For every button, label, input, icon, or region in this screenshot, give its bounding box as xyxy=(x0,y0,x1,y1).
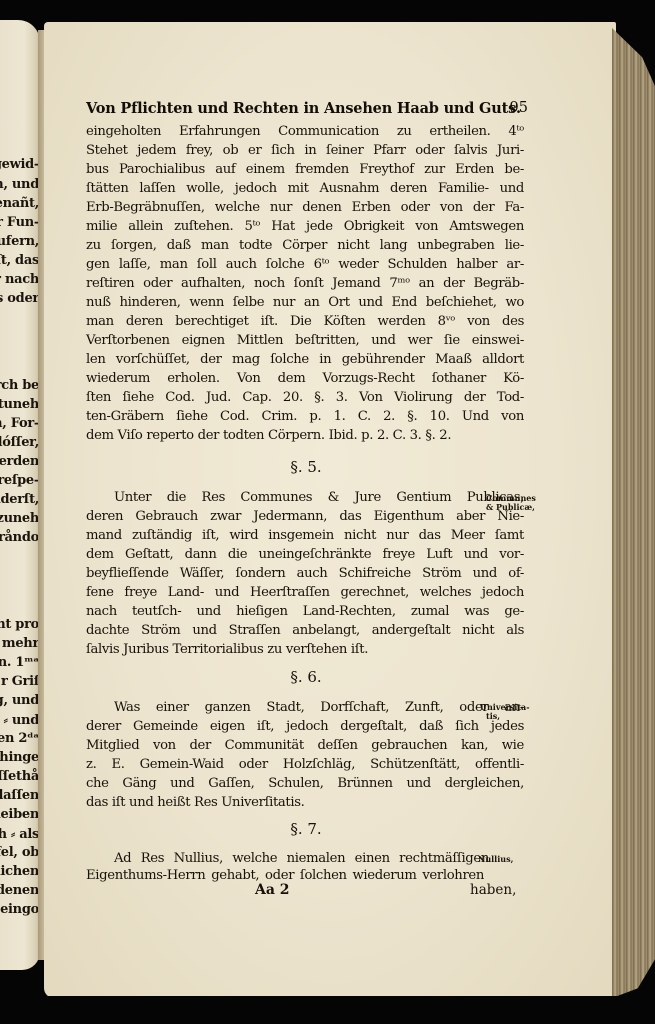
left-fragment: en 2ᵈᵃ xyxy=(0,731,39,746)
text-line: Stehet jedem frey, ob er ſich in ſeiner … xyxy=(86,143,524,158)
left-fragment: n, und xyxy=(0,177,39,192)
text-line: Unter die Res Communes & Jure Gentium Pu… xyxy=(86,490,524,505)
text-line: bus Parochialibus auf einem fremden Frey… xyxy=(86,162,524,177)
left-fragment: ufern, xyxy=(0,234,39,249)
left-fragment: ie mehr xyxy=(0,636,39,651)
margin-note-line: & Publicæ, xyxy=(486,503,536,512)
text-line: wiederum erholen. Von dem Vorzugs-Recht … xyxy=(86,371,524,386)
background-shadow xyxy=(40,996,620,1024)
text-line: derer Gemeinde eigen iſt, jedoch dergeſt… xyxy=(86,719,524,734)
left-fragment: r nach xyxy=(0,272,39,287)
left-fragment: n denen xyxy=(0,883,39,898)
text-line: beyflieſſende Wäſſer, ſondern auch Schif… xyxy=(86,566,524,581)
text-line: milie allein zuſtehen. 5ᵗᵒ Hat jede Obri… xyxy=(86,219,524,234)
text-line: dem Geſtatt, dann die uneingeſchränkte f… xyxy=(86,547,524,562)
text-line: len vorſchüſſet, der mag ſolche in gebüh… xyxy=(86,352,524,367)
text-line: mand zuſtändig iſt, wird insgemein nicht… xyxy=(86,528,524,543)
text-line: che Gäng und Gaſſen, Schulen, Brünnen un… xyxy=(86,776,524,791)
left-fragment: h ⸗ als xyxy=(0,826,39,842)
left-fragment: lóſſer, xyxy=(0,435,39,450)
margin-note: Universita- tis, xyxy=(480,703,530,721)
margin-note: Communes & Publicæ, xyxy=(486,494,536,512)
left-fragment: ht pro xyxy=(0,617,39,632)
left-fragment: fel, ob xyxy=(0,845,39,860)
left-fragment: rzuneh xyxy=(0,511,39,526)
text-line: nach teutſch- und hieſigen Land-Rechten,… xyxy=(86,604,524,619)
text-line: gen laſſe, man ſoll auch ſolche 6ᵗᵒ wede… xyxy=(86,257,524,272)
text-line: ten-Gräbern ſiehe Cod. Crim. p. 1. C. 2.… xyxy=(86,409,524,424)
left-fragment: werden xyxy=(0,454,39,469)
left-fragment: iſſethå xyxy=(0,769,39,784)
text-line: Verſtorbenen eignen Mittlen beſtritten, … xyxy=(86,333,524,348)
margin-note-line: tis, xyxy=(480,712,530,721)
running-head: Von Pflichten und Rechten in Ansehen Haa… xyxy=(86,100,526,117)
left-fragment: ſt, das xyxy=(0,253,39,268)
text-line: nuß hinderen, wenn ſelbe nur an Ort und … xyxy=(86,295,524,310)
text-line: ſalvis Juribus Territorialibus zu verſte… xyxy=(86,642,524,657)
text-line: Ad Res Nullius, welche niemalen einen re… xyxy=(86,851,489,866)
signature-mark: Aa 2 xyxy=(255,882,290,898)
left-fragment: eråndo xyxy=(0,530,39,545)
text-line: ſten ſiehe Cod. Jud. Cap. 20. §. 3. Von … xyxy=(86,390,524,405)
left-fragment: gelaſſen xyxy=(0,788,39,803)
left-fragment: gewid- xyxy=(0,157,39,172)
left-fragment: ⸗ und xyxy=(4,712,39,728)
left-fragment: n, For- xyxy=(0,416,39,431)
left-page: gewid- n, und enañt, r Fun- ufern, ſt, d… xyxy=(0,20,40,970)
text-line: Mitglied von der Communität deſſen gebra… xyxy=(86,738,524,753)
margin-note: Nullius, xyxy=(478,855,513,864)
section-heading: §. 5. xyxy=(86,458,526,476)
text-line: deren Gebrauch zwar Jedermann, das Eigen… xyxy=(86,509,524,524)
text-line: Eigenthums-Herrn gehabt, oder ſolchen wi… xyxy=(86,868,484,883)
left-fragment: ntuneh xyxy=(0,397,39,412)
text-line: man deren berechtiget iſt. Die Köſten we… xyxy=(86,314,524,329)
left-fragment: nderſt, xyxy=(0,492,39,507)
text-line: dachte Ström und Straſſen anbelangt, and… xyxy=(86,623,524,638)
left-fragment: reſpe- xyxy=(0,473,39,488)
running-head-title: Von Pflichten und Rechten in Ansehen Haa… xyxy=(86,100,521,117)
left-fragment: rch be xyxy=(0,378,39,393)
page-edges xyxy=(612,28,655,998)
text-line: reſtiren oder aufhalten, noch ſonſt Jema… xyxy=(86,276,524,291)
left-fragment: hinge xyxy=(0,750,39,765)
left-fragment: en. 1ᵐᵃ xyxy=(0,655,39,670)
left-fragment: r Griſ xyxy=(1,674,39,689)
text-line: dem Viſo reperto der todten Cörpern. Ibi… xyxy=(86,428,524,443)
margin-note-line: Nullius, xyxy=(478,855,513,864)
text-line: ſtätten laſſen wolle, jedoch mit Ausnahm… xyxy=(86,181,524,196)
left-fragment: g, und xyxy=(0,693,39,708)
text-line: zu ſorgen, daß man todte Cörper nicht la… xyxy=(86,238,524,253)
page-number: 95 xyxy=(510,100,528,116)
text-line: Erb-Begräbnuſſen, welche nur denen Erben… xyxy=(86,200,524,215)
text-line: fene freye Land- und Heerſtraſſen gerech… xyxy=(86,585,524,600)
left-fragment: eingo xyxy=(0,902,39,917)
text-line: Was einer ganzen Stadt, Dorfſchaft, Zunf… xyxy=(86,700,524,715)
section-heading: §. 6. xyxy=(86,668,526,686)
left-fragment: r Fun- xyxy=(0,215,39,230)
left-fragment: tlichen xyxy=(0,864,39,879)
section-heading: §. 7. xyxy=(86,820,526,838)
left-fragment: enañt, xyxy=(0,196,39,211)
catchword: haben, xyxy=(470,882,516,898)
text-line: z. E. Gemein-Waid oder Holzſchläg, Schüt… xyxy=(86,757,524,772)
text-line: das iſt und heißt Res Univerſitatis. xyxy=(86,795,524,810)
left-fragment: is oder xyxy=(0,291,39,306)
left-fragment: ntleiben xyxy=(0,807,39,822)
text-line: eingeholten Erfahrungen Communication zu… xyxy=(86,124,524,139)
